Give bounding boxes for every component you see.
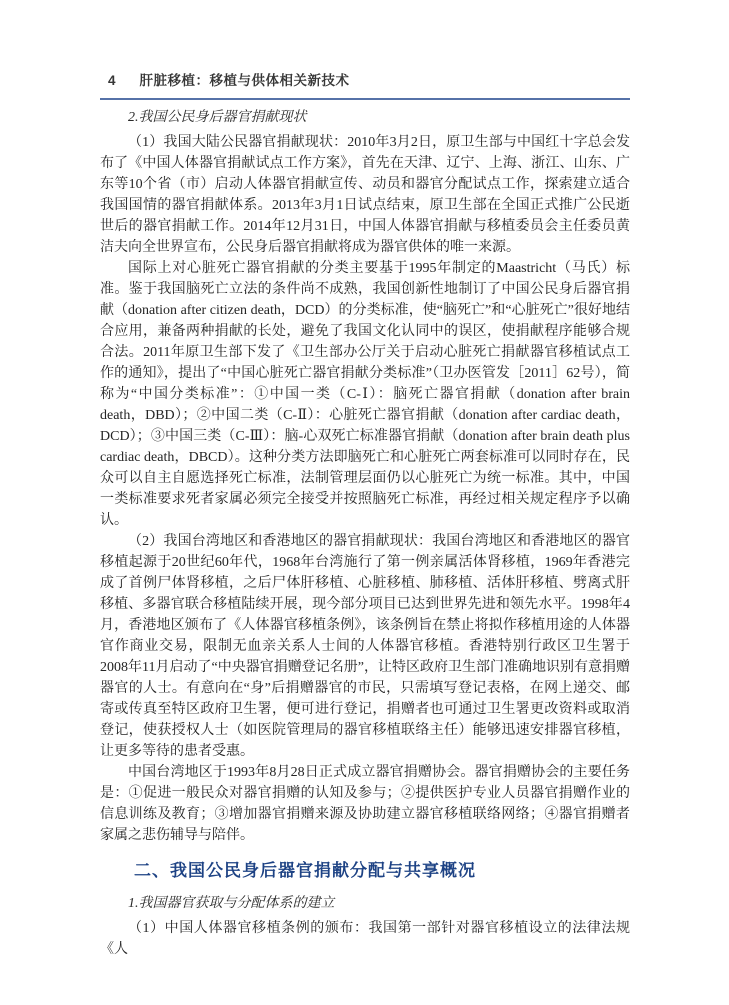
paragraph-taiwan-association: 中国台湾地区于1993年8月28日正式成立器官捐赠协会。器官捐赠协会的主要任务是… xyxy=(100,762,630,846)
paragraph-mainland-donation: （1）我国大陆公民器官捐献现状：2010年3月2日，原卫生部与中国红十字总会发布… xyxy=(100,132,630,258)
page-header: 4 肝脏移植：移植与供体相关新技术 xyxy=(100,69,630,100)
paragraph-taiwan-hongkong: （2）我国台湾地区和香港地区的器官捐献现状：我国台湾地区和香港地区的器官移植起源… xyxy=(100,531,630,762)
running-title: 肝脏移植：移植与供体相关新技术 xyxy=(140,69,350,89)
paragraph-regulation-promulgation: （1）中国人体器官移植条例的颁布：我国第一部针对器官移植设立的法律法规《人 xyxy=(100,918,630,960)
page-body: 2.我国公民身后器官捐献现状 （1）我国大陆公民器官捐献现状：2010年3月2日… xyxy=(100,107,630,960)
document-page: 4 肝脏移植：移植与供体相关新技术 2.我国公民身后器官捐献现状 （1）我国大陆… xyxy=(0,0,729,1005)
subsection-heading-optn-establishment: 1.我国器官获取与分配体系的建立 xyxy=(100,893,630,915)
subsection-heading-donation-status: 2.我国公民身后器官捐献现状 xyxy=(100,107,630,129)
section-heading-allocation-sharing: 二、我国公民身后器官捐献分配与共享概况 xyxy=(100,858,630,883)
paragraph-dcd-classification: 国际上对心脏死亡器官捐献的分类主要基于1995年制定的Maastricht（马氏… xyxy=(100,258,630,531)
page-number: 4 xyxy=(108,73,116,88)
